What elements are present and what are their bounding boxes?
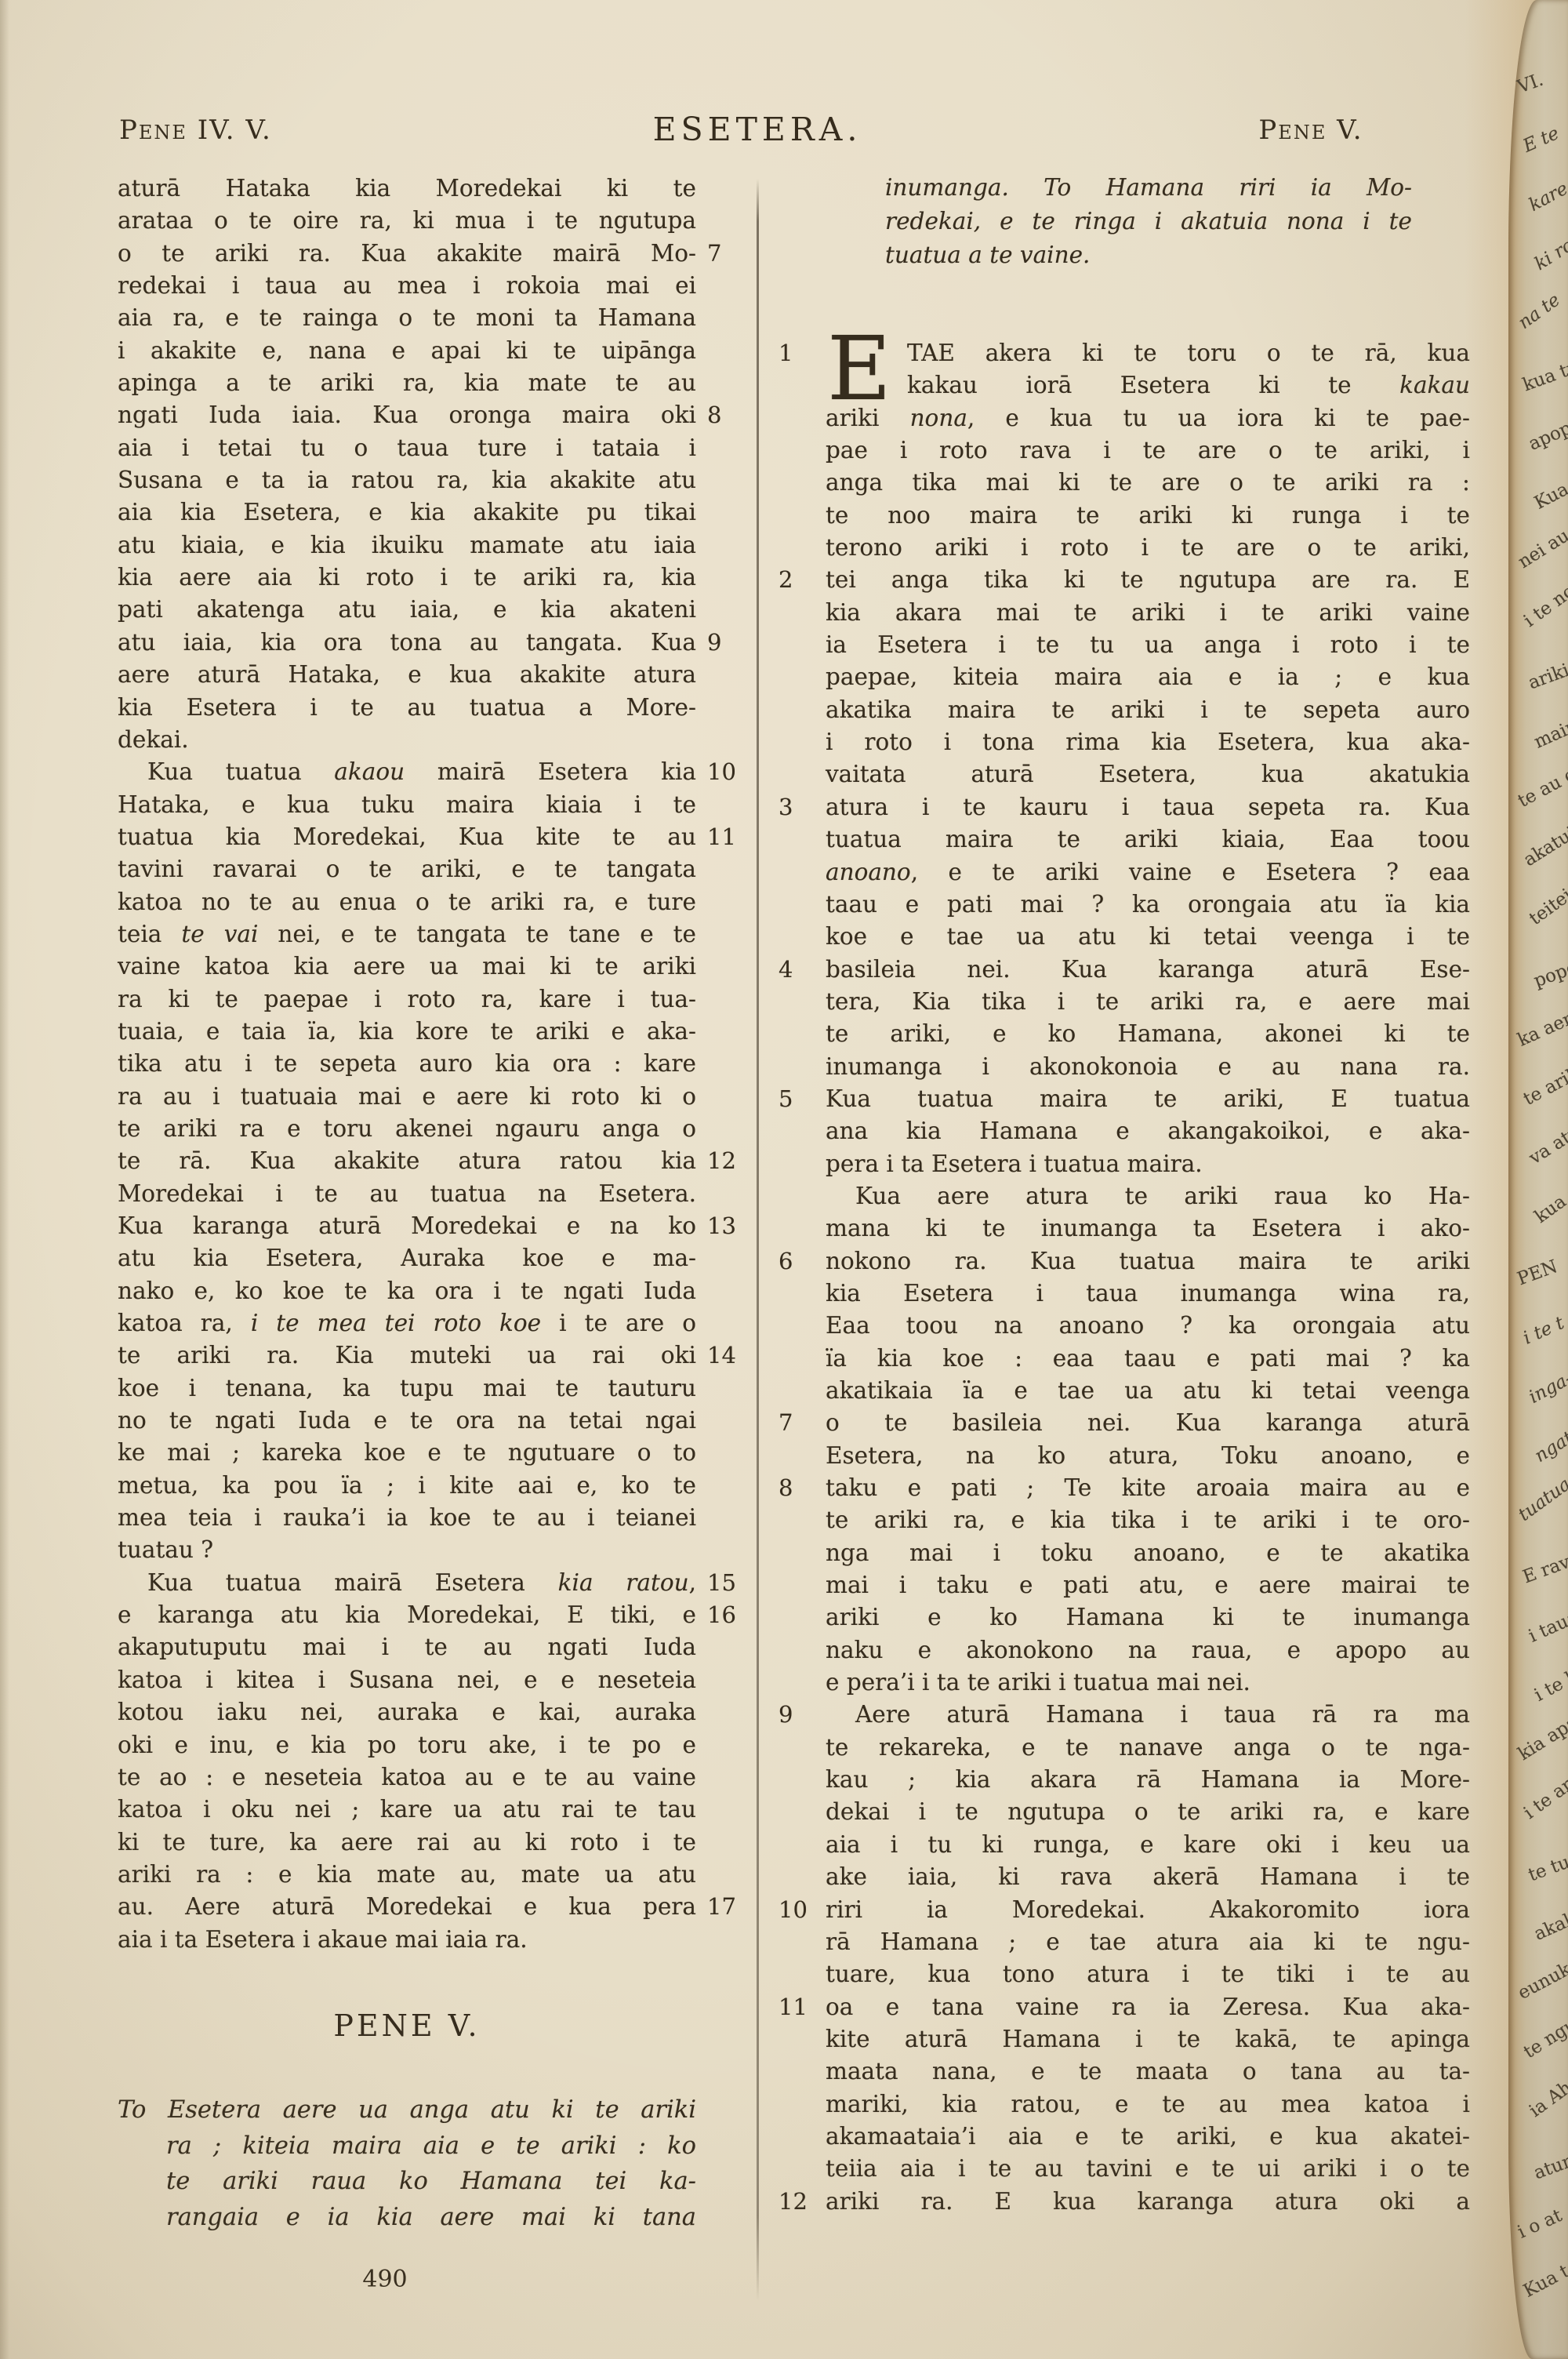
page-left-edge-shadow: [0, 0, 9, 2359]
verse-number: 9: [696, 627, 746, 659]
text-line: vaine katoa kia aere ua mai ki te ariki: [118, 951, 696, 983]
text-line: kite aturā Hamana i te kakā, te apinga: [826, 2023, 1470, 2055]
text-line: kakau iorā Esetera ki te kakau: [826, 369, 1470, 402]
text-line: Kua tuatua maira te ariki, E tuatua5: [826, 1083, 1470, 1115]
text-line: atu kiaia, e kia ikuiku mamate atu iaia: [118, 529, 696, 562]
text-line: maata nana, e te maata o tana au ta-: [826, 2055, 1470, 2088]
next-page-text-fragment: eunuk: [1515, 1959, 1568, 2004]
text-line: ra ki te paepae i roto ra, kare i tua-: [118, 983, 696, 1016]
text-line: te ariki ra, e kia tika i te ariki i te …: [826, 1504, 1470, 1536]
text-line: mariki, kia ratou, e te au mea katoa i: [826, 2088, 1470, 2121]
next-page-text-fragment: na te: [1515, 289, 1564, 333]
verse-number: 17: [696, 1891, 746, 1923]
text-line: basileia nei. Kua karanga aturā Ese-4: [826, 954, 1470, 986]
text-line: akaputuputu mai i te au ngati Iuda: [118, 1631, 696, 1663]
next-page-text-fragment: akakite: [1531, 1899, 1568, 1945]
verse-number: 1: [779, 337, 826, 369]
chapter-heading: PENE V.: [118, 2008, 696, 2043]
next-page-text-fragment: VI.: [1515, 70, 1546, 98]
text-line: tuatua a te vaine.: [885, 238, 1412, 272]
verse-number: 2: [779, 564, 826, 596]
text-line: nako e, ko koe te ka ora i te ngati Iuda: [118, 1275, 696, 1307]
verse-number: 10: [779, 1894, 826, 1926]
text-line: ariki ra : e kia mate au, mate ua atu: [118, 1859, 696, 1891]
text-line: i akakite e, nana e apai ki te uipānga: [118, 335, 696, 367]
text-line: te rā. Kua akakite atura ratou kia12: [118, 1145, 696, 1177]
text-line: tuare, kua tono atura i te tiki i te au: [826, 1958, 1470, 1990]
next-page-text-fragment: ki roto: [1531, 225, 1568, 274]
text-line: Aere aturā Hamana i taua rā ra ma9: [826, 1699, 1470, 1731]
next-page-text-fragment: ka aere: [1515, 1005, 1568, 1051]
text-line: Esetera, na ko atura, Toku anoano, e: [826, 1440, 1470, 1472]
verse-number: 9: [779, 1699, 826, 1731]
text-line: tuatua maira te ariki kiaia, Eaa toou: [826, 823, 1470, 856]
text-line: te ariki ra e toru akenei ngauru anga o: [118, 1113, 696, 1145]
next-page-text-fragment: apopo r: [1526, 408, 1568, 455]
next-page-text-fragment: te ngut: [1520, 2011, 1568, 2063]
text-line: apinga a te ariki ra, kia mate te au: [118, 367, 696, 399]
text-line: aere aturā Hataka, e kua akakite atura: [118, 659, 696, 691]
next-page-text-fragment: E te: [1520, 123, 1562, 157]
text-line: aia i ta Esetera i akaue mai iaia ra.: [118, 1924, 696, 1956]
text-line: au. Aere aturā Moredekai e kua pera17: [118, 1891, 696, 1923]
text-line: tera, Kia tika i te ariki ra, e aere mai: [826, 986, 1470, 1018]
next-page-text-fragment: va aturā: [1526, 1111, 1568, 1169]
text-line: Kua tuatua mairā Esetera kia ratou,15: [118, 1567, 696, 1599]
text-line: akatikaia ïa e tae ua atu ki tetai veeng…: [826, 1375, 1470, 1407]
text-line: redekai i taua au mea i rokoia mai ei: [118, 270, 696, 302]
text-line: taau e pati mai ? ka orongaia atu ïa kia: [826, 889, 1470, 921]
next-page-text-fragment: Kua ra t: [1531, 461, 1568, 514]
verse-number: 12: [696, 1145, 746, 1177]
text-line: mea teia i rauka’i ia koe te au i teiane…: [118, 1502, 696, 1534]
text-line: taku e pati ; Te kite aroaia maira au e8: [826, 1472, 1470, 1504]
text-line: Kua karanga aturā Moredekai e na ko13: [118, 1210, 696, 1242]
next-page-text-fragment: i te aro: [1520, 1768, 1568, 1823]
text-line: aia kia Esetera, e kia akakite pu tikai: [118, 496, 696, 529]
right-text-column: E TAE akera ki te toru o te rā, kua1kaka…: [826, 337, 1470, 2218]
next-page-text-fragment: te ariki: [1520, 1061, 1568, 1110]
text-line: ngati Iuda iaia. Kua oronga maira oki8: [118, 399, 696, 431]
next-page-text-fragment: i taua: [1526, 1607, 1568, 1647]
text-line: aia i tetai tu o taua ture i tataia i: [118, 432, 696, 464]
text-line: ake iaia, ki rava akerā Hamana i te: [826, 1861, 1470, 1893]
next-page-edge: VI.E tekare ravki rotona tekua tuatuapop…: [1508, 0, 1568, 2359]
text-line: kau ; kia akara rā Hamana ia More-: [826, 1764, 1470, 1796]
text-line: te ariki raua ko Hamana tei ka-: [118, 2164, 696, 2200]
text-line: mana ki te inumanga ta Esetera i ako-: [826, 1212, 1470, 1245]
verse-number: 3: [779, 791, 826, 823]
next-page-text-fragment: Kua t: [1520, 2261, 1568, 2302]
text-line: katoa i kitea i Susana nei, e e neseteia: [118, 1664, 696, 1696]
text-line: dekai.: [118, 724, 696, 756]
text-line: anoano, e te ariki vaine e Esetera ? eaa: [826, 856, 1470, 889]
text-line: anga tika mai ki te are o te ariki ra :: [826, 467, 1470, 499]
left-text-column: aturā Hataka kia Moredekai ki tearataa o…: [118, 173, 696, 1956]
next-page-text-fragment: kua tuatu: [1520, 347, 1568, 396]
text-line: tuatau ?: [118, 1534, 696, 1566]
chapter-summary: To Esetera aere ua anga atu ki te arikir…: [118, 2092, 696, 2235]
text-line: dekai i te ngutupa o te ariki ra, e kare: [826, 1796, 1470, 1828]
verse-number: 13: [696, 1210, 746, 1242]
text-line: Eaa toou na anoano ? ka orongaia atu: [826, 1310, 1470, 1342]
book-title-running-head: ESETERA.: [653, 111, 862, 148]
text-line: mai i taku e pati atu, e aere mairai te: [826, 1569, 1470, 1601]
verse-number: 15: [696, 1567, 746, 1599]
text-line: kia akara mai te ariki i te ariki vaine: [826, 597, 1470, 629]
text-line: redekai, e te ringa i akatuia nona i te: [885, 205, 1412, 238]
text-line: Kua aere atura te ariki raua ko Ha-: [826, 1180, 1470, 1212]
text-line: pae i roto rava i te are o te ariki, i: [826, 434, 1470, 467]
page-number: 490: [96, 2266, 674, 2293]
text-line: rangaia e ia kia aere mai ki tana: [118, 2200, 696, 2236]
verse-number: 14: [696, 1339, 746, 1372]
text-line: oa e tana vaine ra ia Zeresa. Kua aka-11: [826, 1991, 1470, 2023]
next-page-text-fragment: popo e k: [1531, 946, 1568, 991]
text-line: aia i tu ki runga, e kare oki i keu ua: [826, 1829, 1470, 1861]
next-page-text-fragment: ngateite: [1531, 1409, 1568, 1467]
next-page-text-fragment: i te no: [1520, 581, 1568, 631]
next-page-text-fragment: teitei, e: [1526, 872, 1568, 929]
text-line: TAE akera ki te toru o te rā, kua1: [826, 337, 1470, 369]
next-page-text-fragment: kia apai: [1515, 1709, 1568, 1765]
text-line: Kua tuatua akaou mairā Esetera kia10: [118, 756, 696, 788]
text-line: inumanga i akonokonoia e au nana ra.: [826, 1051, 1470, 1083]
text-line: inumanga. To Hamana riri ia Mo-: [885, 171, 1412, 205]
next-page-text-fragment: kua aka: [1531, 1169, 1568, 1227]
verse-number: 11: [779, 1991, 826, 2023]
text-line: ariki e ko Hamana ki te inumanga: [826, 1601, 1470, 1634]
text-line: katoa ra, i te mea tei roto koe i te are…: [118, 1307, 696, 1339]
text-line: teia te vai nei, e te tangata te tane e …: [118, 918, 696, 951]
verse-number: 10: [696, 756, 746, 788]
next-page-text-fragment: i o at: [1515, 2205, 1565, 2243]
text-line: koe i tenana, ka tupu mai te tauturu: [118, 1372, 696, 1405]
verse-number: 12: [779, 2186, 826, 2218]
text-line: naku e akonokono na raua, e apopo au: [826, 1634, 1470, 1667]
text-line: ariki nona, e kua tu ua iora ki te pae-: [826, 402, 1470, 434]
text-line: oki e inu, e kia po toru ake, i te po e: [118, 1729, 696, 1761]
text-line: Hataka, e kua tuku maira kiaia i te: [118, 789, 696, 821]
text-line: te ariki, e ko Hamana, akonei ki te: [826, 1018, 1470, 1050]
verse-number: 16: [696, 1599, 746, 1631]
text-line: akatika maira te ariki i te sepeta auro: [826, 694, 1470, 726]
text-line: atu iaia, kia ora tona au tangata. Kua9: [118, 627, 696, 659]
verse-number: 8: [779, 1472, 826, 1504]
text-line: akamaataia’i aia e te ariki, e kua akate…: [826, 2121, 1470, 2153]
text-line: te rekareka, e te nanave anga o te nga-: [826, 1732, 1470, 1764]
next-page-text-fragment: akatuia k: [1520, 809, 1568, 871]
verse-number: 5: [779, 1083, 826, 1115]
running-head-left: Pene IV. V.: [119, 114, 272, 146]
text-line: Susana e ta ia ratou ra, kia akakite atu: [118, 464, 696, 496]
text-line: metua, ka pou ïa ; i kite aai e, ko te: [118, 1470, 696, 1502]
text-line: ra au i tuatuaia mai e aere ki roto ki o: [118, 1081, 696, 1113]
text-line: e pera’i i ta te ariki i tuatua mai nei.: [826, 1667, 1470, 1699]
verse-number: 7: [696, 238, 746, 270]
text-line: kia Esetera i taua inumanga wina ra,: [826, 1278, 1470, 1310]
text-line: pati akatenga atu iaia, e kia akateni: [118, 594, 696, 626]
text-line: terono ariki i roto i te are o te ariki,: [826, 532, 1470, 564]
text-line: To Esetera aere ua anga atu ki te ariki: [118, 2092, 696, 2128]
next-page-text-fragment: kare rav: [1526, 162, 1568, 216]
text-line: kia Esetera i te au tuatua a More-: [118, 692, 696, 724]
next-page-text-fragment: inga-me: [1526, 1355, 1568, 1408]
text-line: e karanga atu kia Moredekai, E tiki, e16: [118, 1599, 696, 1631]
running-head-right: Pene V.: [1258, 114, 1363, 146]
text-line: riri ia Moredekai. Akakoromito iora10: [826, 1894, 1470, 1926]
next-page-text-fragment: PEN: [1515, 1256, 1560, 1289]
text-line: kotou iaku nei, auraka e kai, auraka: [118, 1696, 696, 1728]
text-line: i roto i tona rima kia Esetera, kua aka-: [826, 726, 1470, 758]
text-line: te ariki ra. Kia muteki ua rai oki14: [118, 1339, 696, 1372]
text-line: vaitata aturā Esetera, kua akatukia: [826, 758, 1470, 791]
next-page-text-fragment: i te buka: [1531, 1650, 1568, 1706]
column-divider-rule: [757, 179, 759, 2301]
next-page-text-fragment: i te t: [1520, 1313, 1567, 1349]
text-line: ra ; kiteia maira aia e te ariki : ko: [118, 2128, 696, 2165]
text-line: o te ariki ra. Kua akakite mairā Mo-7: [118, 238, 696, 270]
next-page-text-fragment: ariki ra: [1526, 652, 1568, 694]
text-line: tika atu i te sepeta auro kia ora : kare: [118, 1048, 696, 1080]
verse-number: 4: [779, 954, 826, 986]
text-line: teiia aia i te au tavini e te ui ariki i…: [826, 2153, 1470, 2185]
next-page-text-fragment: E rava te: [1520, 1540, 1568, 1588]
text-line: katoa i oku nei ; kare ua atu rai te tau: [118, 1794, 696, 1826]
verse-number: 7: [779, 1407, 826, 1439]
text-line: te ao : e neseteia katoa au e te au vain…: [118, 1761, 696, 1794]
text-line: katoa no te au enua o te ariki ra, e tur…: [118, 886, 696, 918]
text-line: aturā Hataka kia Moredekai ki te: [118, 173, 696, 205]
next-page-text-fragment: ia Aha: [1526, 2071, 1568, 2121]
verse-number: 8: [696, 399, 746, 431]
text-line: tuatua kia Moredekai, Kua kite te au11: [118, 821, 696, 853]
text-line: nokono ra. Kua tuatua maira te ariki6: [826, 1245, 1470, 1278]
text-line: paepae, kiteia maira aia e ia ; e kua: [826, 661, 1470, 693]
text-line: tavini ravarai o te ariki, e te tangata: [118, 853, 696, 885]
text-line: atu kia Esetera, Auraka koe e ma-: [118, 1242, 696, 1274]
scanned-book-page: Pene IV. V. ESETERA. Pene V. aturā Hatak…: [0, 0, 1568, 2359]
verse-number: 6: [779, 1245, 826, 1278]
text-line: tuaia, e taia ïa, kia kore te ariki e ak…: [118, 1016, 696, 1048]
next-page-text-fragment: te tuatua: [1526, 1838, 1568, 1886]
verse-number: 11: [696, 821, 746, 853]
next-page-text-fragment: nei au i t: [1515, 513, 1568, 573]
next-page-text-fragment: te au o: [1515, 765, 1568, 812]
text-line: ke mai ; kareka koe e te ngutuare o to: [118, 1437, 696, 1469]
text-line: Moredekai i te au tuatua na Esetera.: [118, 1178, 696, 1210]
next-page-text-fragment: tuatua ē: [1515, 1464, 1568, 1525]
text-line: te noo maira te ariki ki runga i te: [826, 500, 1470, 532]
next-page-text-fragment: atura te: [1531, 2139, 1568, 2183]
text-line: atura i te kauru i taua sepeta ra. Kua3: [826, 791, 1470, 823]
text-line: ia Esetera i te tu ua anga i roto i te: [826, 629, 1470, 661]
text-line: ki te ture, ka aere rai au ki roto i te: [118, 1826, 696, 1859]
text-line: kia aere aia ki roto i te ariki ra, kia: [118, 562, 696, 594]
text-line: ana kia Hamana e akangakoikoi, e aka-: [826, 1115, 1470, 1147]
text-line: ïa kia koe : eaa taau e pati mai ? ka: [826, 1343, 1470, 1375]
text-line: koe e tae ua atu ki tetai veenga i te: [826, 921, 1470, 953]
next-page-text-fragment: maira: [1531, 713, 1568, 753]
text-line: pera i ta Esetera i tuatua maira.: [826, 1148, 1470, 1180]
text-line: o te basileia nei. Kua karanga aturā7: [826, 1407, 1470, 1439]
chapter-summary-continuation: inumanga. To Hamana riri ia Mo-redekai, …: [885, 171, 1412, 272]
text-line: ariki ra. E kua karanga atura oki a12: [826, 2186, 1470, 2218]
text-line: arataa o te oire ra, ki mua i te ngutupa: [118, 205, 696, 237]
text-line: rā Hamana ; e tae atura aia ki te ngu-: [826, 1926, 1470, 1958]
text-line: nga mai i toku anoano, e te akatika: [826, 1537, 1470, 1569]
text-line: tei anga tika ki te ngutupa are ra. E2: [826, 564, 1470, 596]
text-line: aia ra, e te rainga o te moni ta Hamana: [118, 302, 696, 334]
text-line: no te ngati Iuda e te ora na tetai ngai: [118, 1405, 696, 1437]
